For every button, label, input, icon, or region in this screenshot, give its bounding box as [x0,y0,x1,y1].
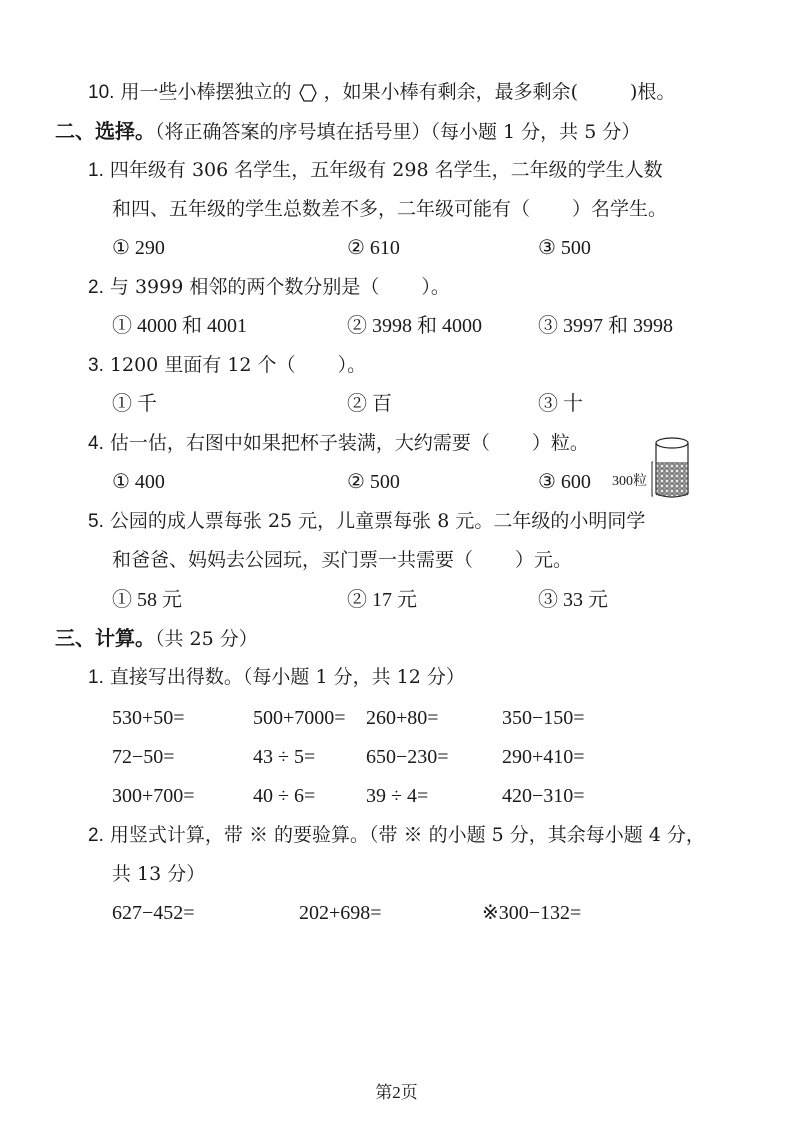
question-text: 和爸爸、妈妈去公园玩，买门票一共需要（ [112,549,473,571]
section-2-heading: 二、选择。（将正确答案的序号填在括号里）（每小题 1 分，共 5 分） [55,118,640,145]
option-1[interactable]: ① 290 [112,235,165,261]
question-text: 与 3999 相邻的两个数分别是（ [110,276,379,298]
option-1[interactable]: ① 58 元 [112,587,182,613]
question-10: 10. 用一些小棒摆独立的 ，如果小棒有剩余，最多剩余()根。 [88,79,675,106]
calc-item: 39 ÷ 4= [366,783,428,809]
question-number: 10. [88,82,114,103]
calc-item: 290+410= [502,744,585,770]
choice-question-4: 4. 估一估，右图中如果把杯子装满，大约需要（）粒。 [88,430,589,457]
calc-item: 43 ÷ 5= [253,744,315,770]
question-number: 4. [88,433,104,454]
calc-item: 72−50= [112,744,175,770]
page-number: 第2页 [0,1078,793,1103]
option-1[interactable]: ① 400 [112,469,165,495]
question-text: 共 13 分） [112,863,205,885]
section-3-heading: 三、计算。（共 25 分） [55,625,258,652]
calc-item: 350−150= [502,705,585,731]
question-text: ）。 [338,354,367,376]
question-text: ）粒。 [532,432,589,454]
question-number: 1. [88,160,104,181]
calc-item: 650−230= [366,744,449,770]
question-text: 和四、五年级的学生总数差不多，二年级可能有（ [112,198,530,220]
choice-question-1: 1. 四年级有 306 名学生，五年级有 298 名学生，二年级的学生人数 [88,157,663,184]
question-number: 2. [88,277,104,298]
choice-question-5-line2: 和爸爸、妈妈去公园玩，买门票一共需要（）元。 [112,547,572,573]
option-3[interactable]: ③ 33 元 [538,587,608,613]
option-3[interactable]: ③ 500 [538,235,591,261]
calc-item: 40 ÷ 6= [253,783,315,809]
question-text: 用竖式计算，带 ※ 的要验算。（带 ※ 的小题 5 分，其余每小题 4 分， [110,824,705,846]
choice-question-2: 2. 与 3999 相邻的两个数分别是（）。 [88,274,450,301]
section-note: （将正确答案的序号填在括号里）（每小题 1 分，共 5 分） [155,121,640,143]
hexagon-icon [298,83,318,103]
section-title: 三、计算。 [55,626,155,650]
option-3[interactable]: ③ 十 [538,391,583,417]
option-2[interactable]: ② 500 [347,469,400,495]
option-2[interactable]: ② 17 元 [347,587,417,613]
calc-item: 500+7000= [253,705,346,731]
vertical-calc-item: 202+698= [299,900,382,926]
option-2[interactable]: ② 610 [347,235,400,261]
section-note: （共 25 分） [155,628,258,650]
question-text: ）元。 [515,549,572,571]
choice-question-3: 3. 1200 里面有 12 个（）。 [88,352,366,379]
choice-question-1-line2: 和四、五年级的学生总数差不多，二年级可能有（）名学生。 [112,196,667,222]
calc-item: 420−310= [502,783,585,809]
calc-item: 300+700= [112,783,195,809]
question-text: ）。 [421,276,450,298]
calc-part-2-heading: 2. 用竖式计算，带 ※ 的要验算。（带 ※ 的小题 5 分，其余每小题 4 分… [88,822,705,849]
choice-question-5: 5. 公园的成人票每张 25 元，儿童票每张 8 元。二年级的小明同学 [88,508,645,535]
question-number: 2. [88,825,104,846]
calc-part-2-heading-line2: 共 13 分） [112,861,205,887]
option-1[interactable]: ① 千 [112,391,157,417]
calc-item: 260+80= [366,705,439,731]
question-text: ，如果小棒有剩余，最多剩余( [324,81,578,103]
question-text: 用一些小棒摆独立的 [120,81,291,103]
cup-with-beads-icon [612,436,702,498]
vertical-calc-item: 627−452= [112,900,195,926]
cup-figure: 300粒 [612,436,702,498]
option-1[interactable]: ① 4000 和 4001 [112,313,247,339]
question-text: 1200 里面有 12 个（ [110,354,296,376]
calc-part-1-heading: 1. 直接写出得数。（每小题 1 分，共 12 分） [88,664,465,691]
question-text: ）名学生。 [572,198,667,220]
question-text: )根。 [630,81,675,103]
question-text: 估一估，右图中如果把杯子装满，大约需要（ [110,432,490,454]
question-text: 四年级有 306 名学生，五年级有 298 名学生，二年级的学生人数 [110,159,663,181]
question-number: 5. [88,511,104,532]
question-text: 公园的成人票每张 25 元，儿童票每张 8 元。二年级的小明同学 [110,510,645,532]
section-title: 二、选择。 [55,119,155,143]
option-3[interactable]: ③ 600 [538,469,591,495]
option-2[interactable]: ② 百 [347,391,392,417]
option-2[interactable]: ② 3998 和 4000 [347,313,482,339]
question-number: 3. [88,355,104,376]
question-text: 直接写出得数。（每小题 1 分，共 12 分） [110,666,465,688]
calc-item: 530+50= [112,705,185,731]
option-3[interactable]: ③ 3997 和 3998 [538,313,673,339]
question-number: 1. [88,667,104,688]
vertical-calc-item: ※300−132= [482,900,581,926]
